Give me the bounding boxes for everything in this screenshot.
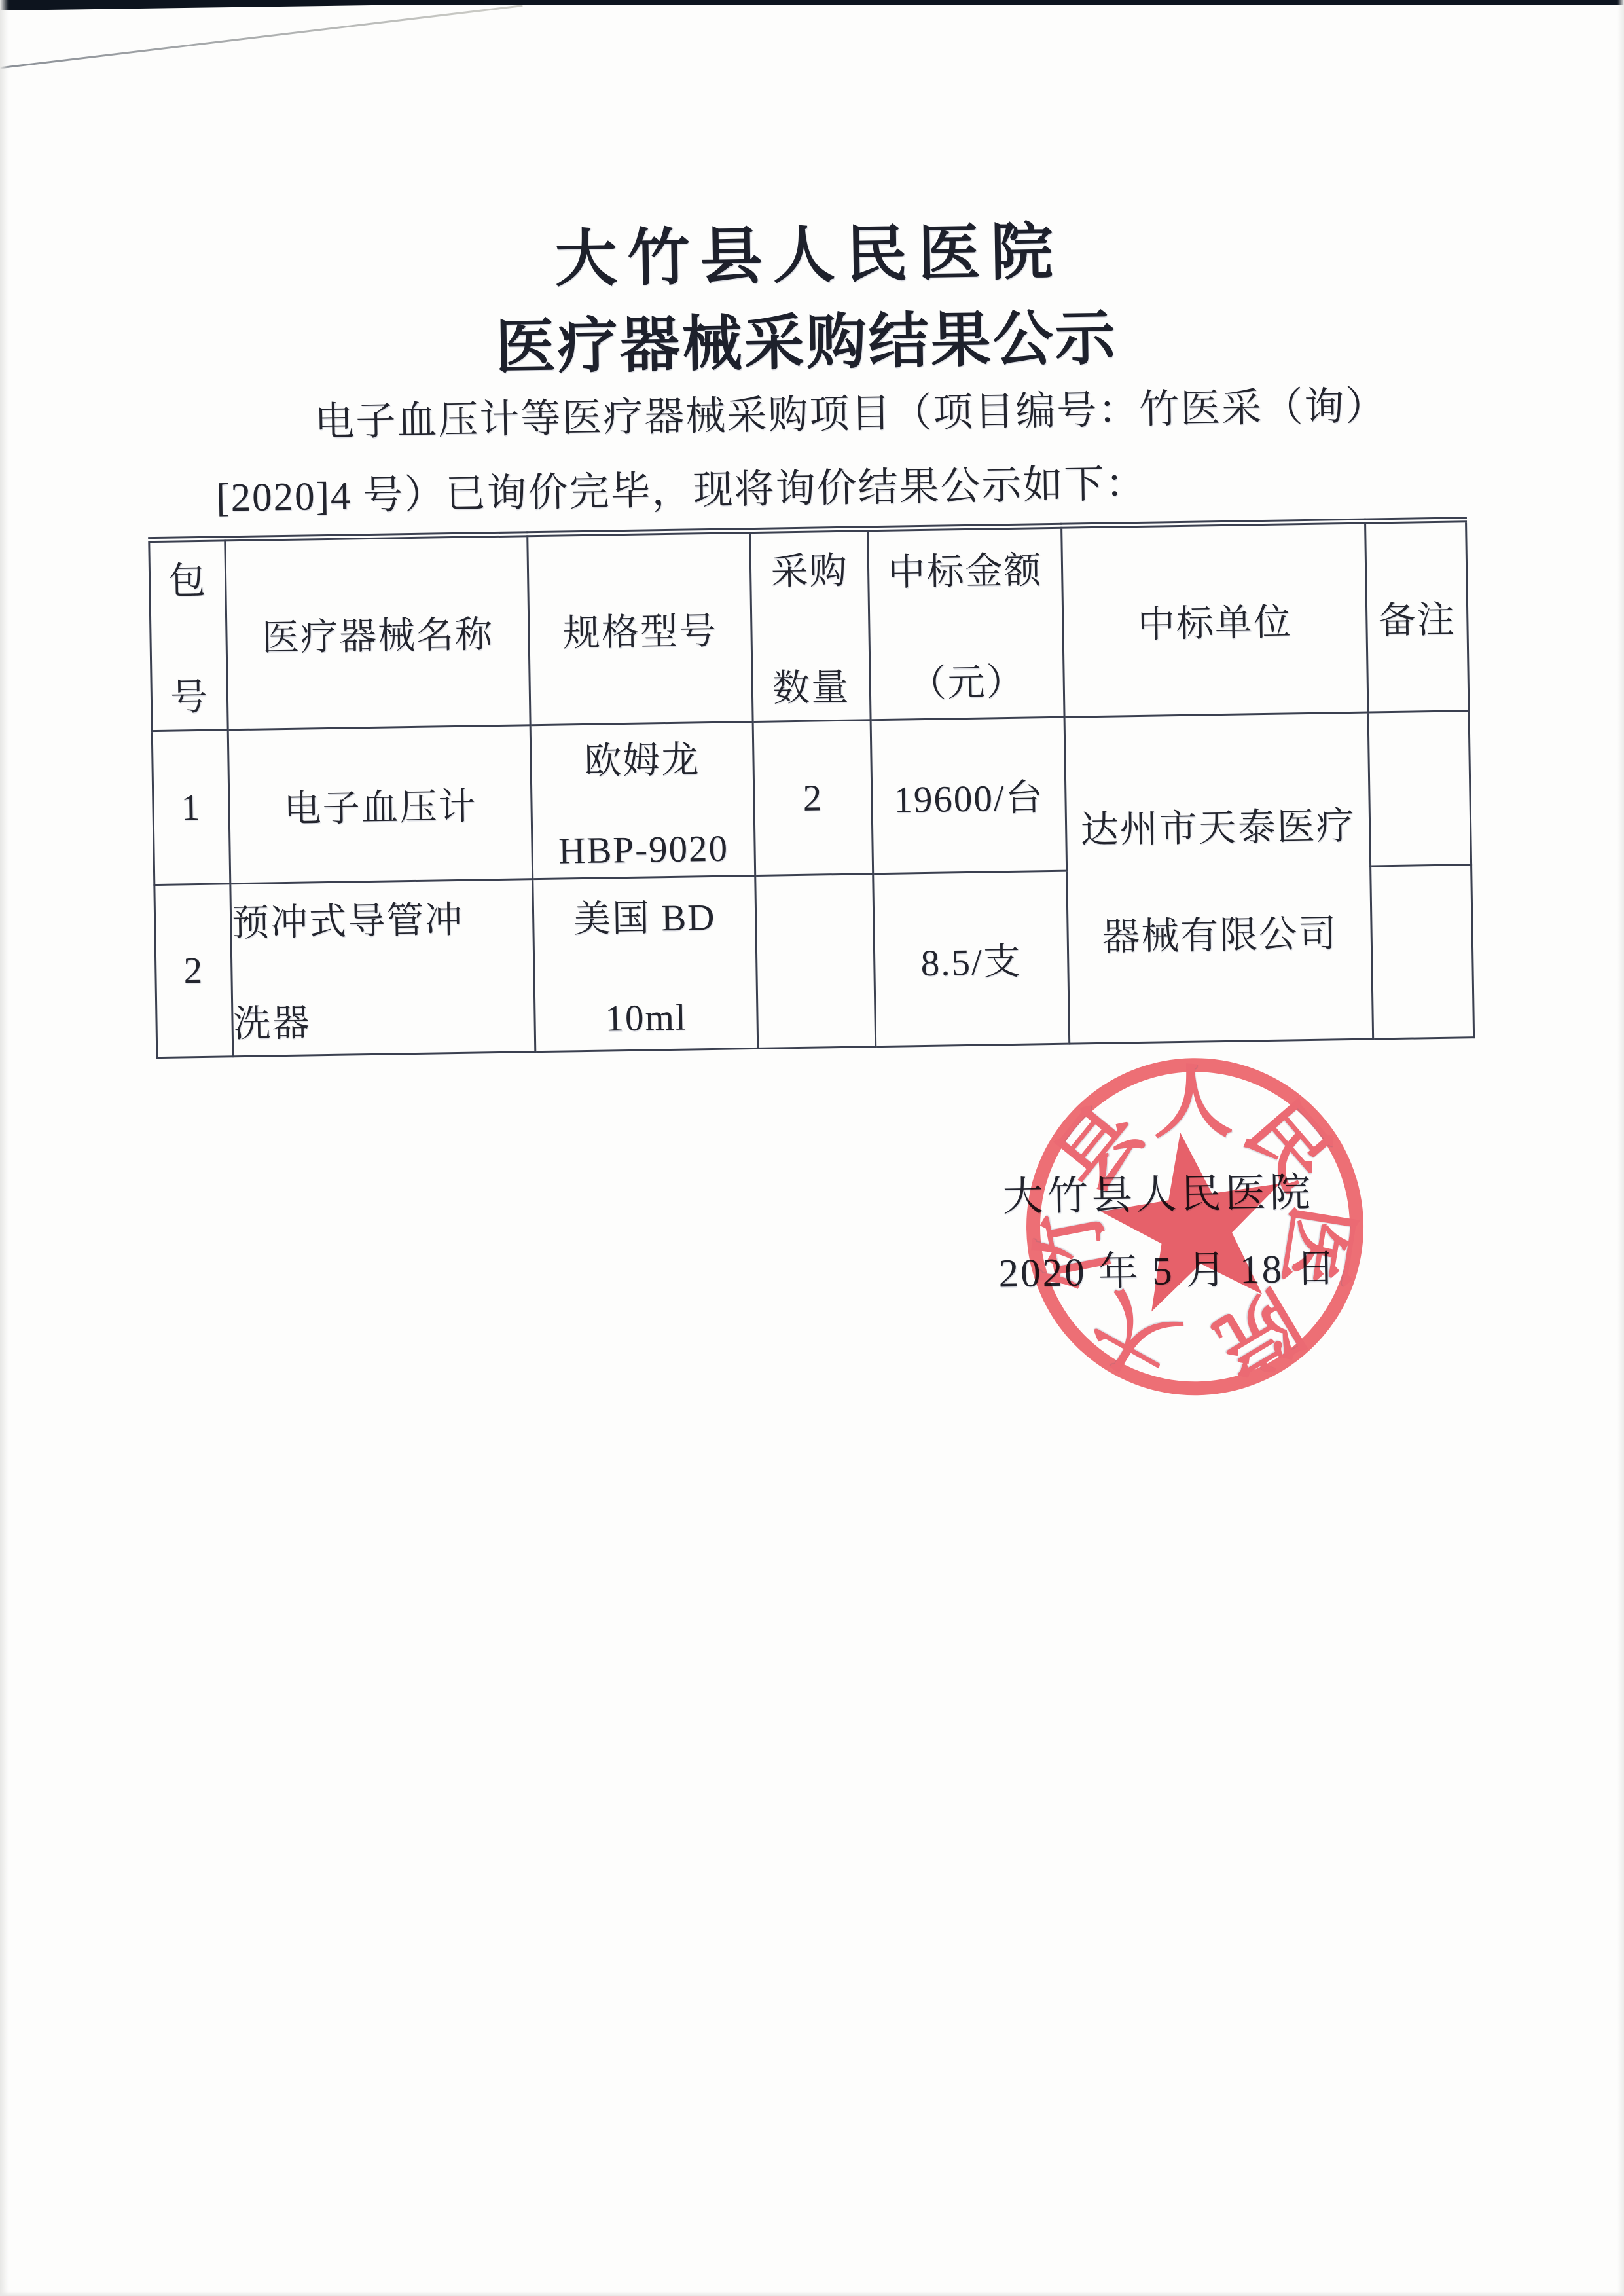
row1-package-no: 1: [152, 730, 230, 885]
header-award-amount-line2: （元）: [909, 652, 1025, 708]
header-spec-model: 规格型号: [528, 531, 753, 725]
header-quantity-line2: 数量: [772, 657, 850, 712]
row2-device-name: 预冲式导管冲 洗器: [230, 879, 535, 1057]
row1-award-amount: 19600/台: [871, 717, 1067, 874]
table-row-1: 1 电子血压计 欧姆龙 HBP-9020 2 19600/台 达州市天泰医疗 器…: [152, 711, 1471, 885]
header-award-amount: 中标金额 （元）: [868, 526, 1064, 720]
seal-char-1: 大: [1079, 1277, 1191, 1393]
row2-spec-line2: 10ml: [605, 996, 687, 1040]
intro-paragraph-line2: [2020]4 号）已询价完毕，现将询价结果公示如下：: [216, 452, 1147, 523]
seal-char-5: 民: [1229, 1087, 1348, 1205]
row2-quantity: [755, 874, 876, 1049]
document-content: 大竹县人民医院 医疗器械采购结果公示 电子血压计等医疗器械采购项目（项目编号：竹…: [0, 0, 1624, 2296]
header-remark: 备注: [1365, 520, 1469, 712]
row2-package-no: 2: [154, 884, 233, 1058]
row2-award-amount: 8.5/支: [873, 871, 1070, 1047]
row2-device-name-line1: 预冲式导管冲: [232, 889, 464, 946]
row2-remark: [1371, 865, 1474, 1039]
header-award-supplier: 中标单位: [1062, 521, 1368, 717]
header-quantity: 采购 数量: [750, 529, 871, 722]
header-device-name: 医疗器械名称: [225, 534, 530, 730]
header-award-amount-line1: 中标金额: [888, 540, 1043, 596]
award-supplier-line2: 器械有限公司: [1101, 902, 1337, 961]
header-package-no-line2: 号: [170, 667, 209, 721]
award-supplier-cell: 达州市天泰医疗 器械有限公司: [1064, 712, 1373, 1044]
header-package-no-line1: 包: [168, 551, 207, 605]
row1-remark: [1368, 711, 1471, 866]
seal-char-6: 医: [1267, 1200, 1367, 1293]
header-quantity-line1: 采购: [770, 541, 848, 596]
table-header-row: 包 号 医疗器械名称 规格型号 采购 数量 中标金额 （元）: [149, 520, 1469, 731]
procurement-result-table: 包 号 医疗器械名称 规格型号 采购 数量 中标金额 （元）: [148, 517, 1475, 1059]
row1-device-name: 电子血压计: [228, 725, 533, 884]
scanned-document-page: 大竹县人民医院 医疗器械采购结果公示 电子血压计等医疗器械采购项目（项目编号：竹…: [0, 0, 1624, 2296]
header-package-no: 包 号: [149, 539, 228, 731]
seal-char-3: 县: [1039, 1090, 1159, 1208]
award-supplier-line1: 达州市天泰医疗: [1080, 795, 1356, 854]
row1-spec-model: 欧姆龙 HBP-9020: [530, 722, 755, 879]
seal-char-2: 竹: [1023, 1203, 1125, 1298]
row1-spec-line1: 欧姆龙: [584, 729, 700, 785]
seal-char-4: 人: [1153, 1059, 1234, 1148]
row1-spec-line2: HBP-9020: [558, 827, 729, 872]
row2-spec-model: 美国 BD 10ml: [533, 875, 758, 1051]
row1-quantity: 2: [753, 720, 873, 876]
seal-char-7: 院: [1201, 1274, 1315, 1391]
official-seal-stamp: 大 竹 县 人 民 医 院: [1002, 1034, 1388, 1419]
row2-device-name-line2: 洗器: [233, 993, 311, 1048]
row2-spec-line1: 美国 BD: [573, 887, 716, 943]
